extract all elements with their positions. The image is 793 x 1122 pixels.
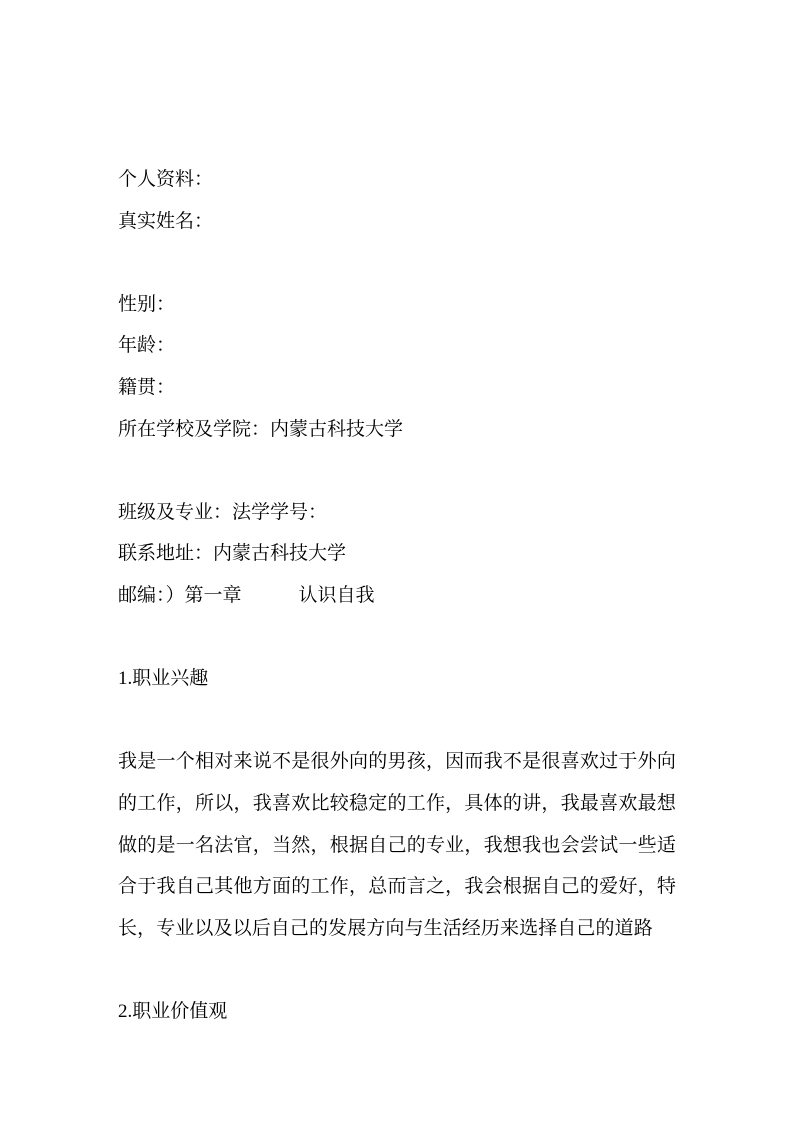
blank-line: [118, 617, 676, 659]
section2-heading: 2.职业价值观: [118, 991, 676, 1033]
native-place-label: 籍贯：: [118, 367, 676, 409]
postcode-chapter-line: 邮编：）第一章 认识自我: [118, 575, 676, 617]
blank-line: [118, 242, 676, 284]
section1-heading: 1.职业兴趣: [118, 658, 676, 700]
personal-info-heading: 个人资料：: [118, 159, 676, 201]
contact-address-line: 联系地址：内蒙古科技大学: [118, 533, 676, 575]
real-name-label: 真实姓名：: [118, 201, 676, 243]
class-major-line: 班级及专业：法学学号：: [118, 492, 676, 534]
section1-paragraph: 我是一个相对来说不是很外向的男孩，因而我不是很喜欢过于外向的工作，所以，我喜欢比…: [118, 741, 676, 949]
age-label: 年龄：: [118, 325, 676, 367]
blank-line: [118, 450, 676, 492]
blank-line: [118, 949, 676, 991]
school-college-line: 所在学校及学院：内蒙古科技大学: [118, 409, 676, 451]
blank-line: [118, 700, 676, 742]
gender-label: 性别：: [118, 284, 676, 326]
document-page: 个人资料： 真实姓名： 性别： 年龄： 籍贯： 所在学校及学院：内蒙古科技大学 …: [0, 0, 793, 1122]
